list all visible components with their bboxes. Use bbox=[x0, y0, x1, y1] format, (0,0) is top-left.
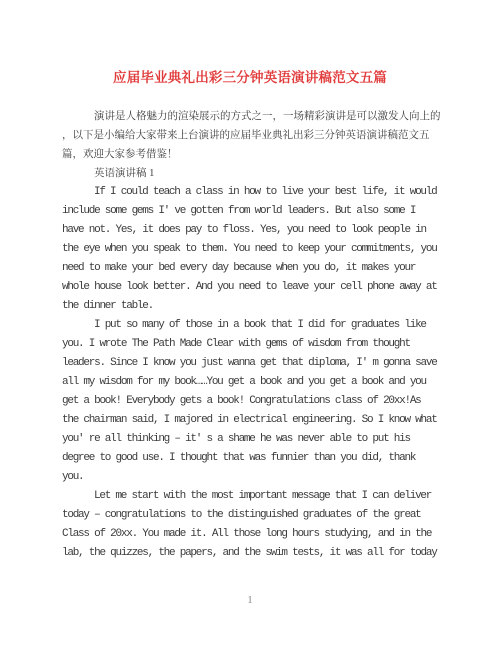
text-line: all my wisdom for my book……You get a boo… bbox=[62, 373, 440, 392]
document-page: 应届毕业典礼出彩三分钟英语演讲稿范文五篇 演讲是人格魅力的渲染展示的方式之一，一… bbox=[0, 0, 500, 648]
text-line: you. bbox=[62, 468, 440, 487]
text-line: need to make your bed every day because … bbox=[62, 259, 440, 278]
text-line: 篇，欢迎大家参考借鉴！ bbox=[62, 145, 440, 164]
text-line: Let me start with the most important mes… bbox=[62, 487, 440, 506]
text-line: you. I wrote The Path Made Clear with ge… bbox=[62, 335, 440, 354]
text-line: have not. Yes, it does pay to floss. Yes… bbox=[62, 221, 440, 240]
text-line: you' re all thinking – it' s a shame he … bbox=[62, 430, 440, 449]
text-line: whole house look better. And you need to… bbox=[62, 278, 440, 297]
text-line: If I could teach a class in how to live … bbox=[62, 183, 440, 202]
text-line: today – congratulations to the distingui… bbox=[62, 506, 440, 525]
text-line: ，以下是小编给大家带来上台演讲的应届毕业典礼出彩三分钟英语演讲稿范文五 bbox=[62, 126, 440, 145]
document-body: 演讲是人格魅力的渲染展示的方式之一，一场精彩演讲是可以激发人向上的，以下是小编给… bbox=[62, 107, 440, 563]
text-line: the chairman said, I majored in electric… bbox=[62, 411, 440, 430]
text-line: the eye when you speak to them. You need… bbox=[62, 240, 440, 259]
text-line: 英语演讲稿 1 bbox=[62, 164, 440, 183]
text-line: 演讲是人格魅力的渲染展示的方式之一，一场精彩演讲是可以激发人向上的 bbox=[62, 107, 440, 126]
text-line: leaders. Since I know you just wanna get… bbox=[62, 354, 440, 373]
document-title: 应届毕业典礼出彩三分钟英语演讲稿范文五篇 bbox=[0, 66, 500, 86]
text-line: include some gems I' ve gotten from worl… bbox=[62, 202, 440, 221]
text-line: Class of 20xx. You made it. All those lo… bbox=[62, 525, 440, 544]
text-line: lab, the quizzes, the papers, and the sw… bbox=[62, 544, 440, 563]
text-line: the dinner table. bbox=[62, 297, 440, 316]
text-line: degree to good use. I thought that was f… bbox=[62, 449, 440, 468]
page-number: 1 bbox=[0, 594, 500, 606]
text-line: I put so many of those in a book that I … bbox=[62, 316, 440, 335]
text-line: get a book! Everybody gets a book! Congr… bbox=[62, 392, 440, 411]
